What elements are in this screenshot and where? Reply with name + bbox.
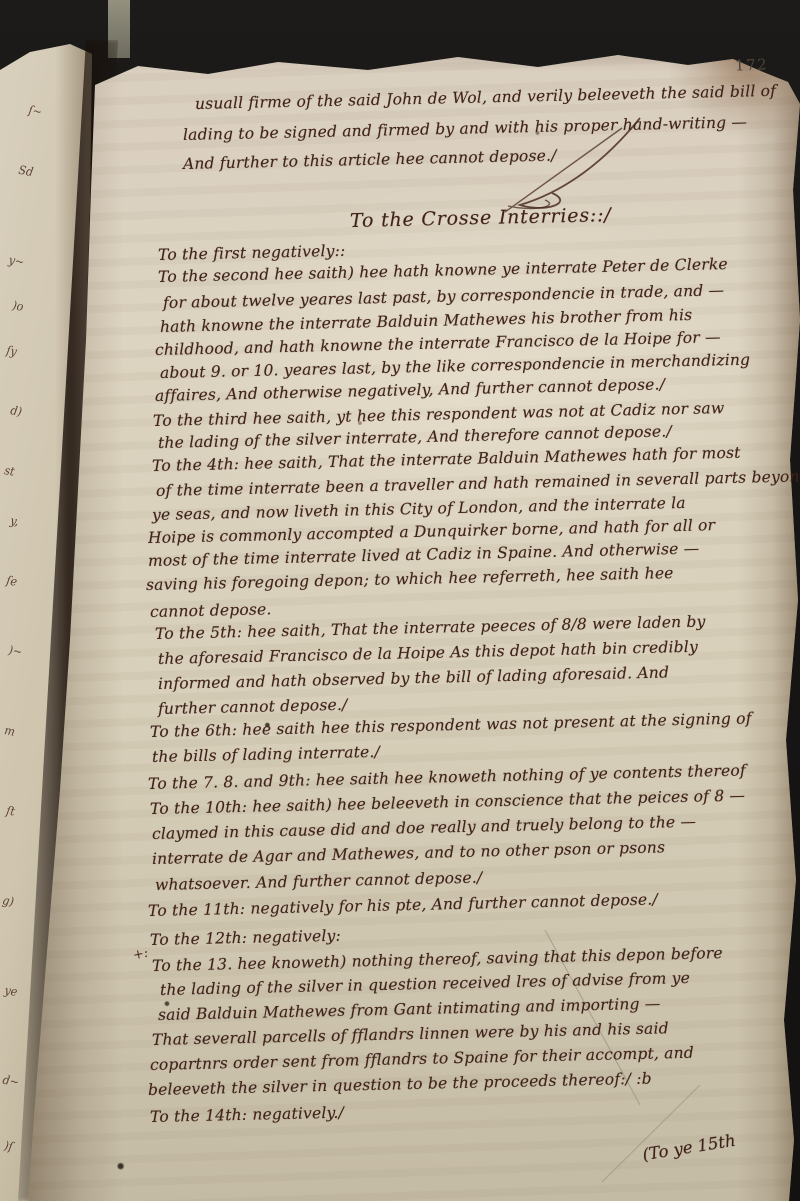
responses-line: said Balduin Mathewes from Gant intimati… [158,995,661,1024]
responses-line: the aforesaid Francisco de la Hoipe As t… [158,638,698,668]
responses-line: the bills of lading interrate./ [152,743,380,766]
responses-line: To the 12th: negatively: [150,927,341,949]
page-number: 172 [735,55,769,74]
opening-paragraph-line: And further to this article hee cannot d… [183,147,557,173]
responses-line: To the 11th: negatively for his pte, And… [148,890,658,920]
ink-layer: 172 +: (To ye 15th usuall firme of the s… [0,0,800,1201]
responses-line: To the 14th: negatively./ [150,1104,344,1126]
marginal-mark: +: [132,946,150,964]
responses-line: informed and hath observed by the bill o… [158,663,669,693]
opening-paragraph-line: usuall firme of the said John de Wol, an… [195,82,777,113]
responses-line: claymed in this cause did and doe really… [152,813,697,843]
responses-line: cannot depose. [150,600,272,621]
responses-line: the lading of the silver in question rec… [160,969,690,999]
responses-line: saving his foregoing depon; to which hee… [146,564,674,594]
responses-line: whatsoever. And further cannot depose./ [155,869,483,894]
responses-line: That severall parcells of fflandrs linne… [152,1019,669,1049]
responses-line: interrate de Agar and Mathewes, and to n… [152,838,666,868]
cross-interrogatories-heading-line: To the Crosse Interries::/ [350,204,612,232]
responses-line: further cannot depose./ [158,696,348,718]
opening-paragraph-line: lading to be signed and firmed by and wi… [183,113,747,144]
responses-line: To the first negatively:: [158,242,346,264]
catchword: (To ye 15th [641,1131,737,1164]
manuscript-photograph: ſ~Sdy~)oſyd)sty,ſe)~mſtg)yed~)ſ 172 +: (… [0,0,800,1201]
responses-line: beleeveth the silver in question to be t… [148,1070,652,1099]
